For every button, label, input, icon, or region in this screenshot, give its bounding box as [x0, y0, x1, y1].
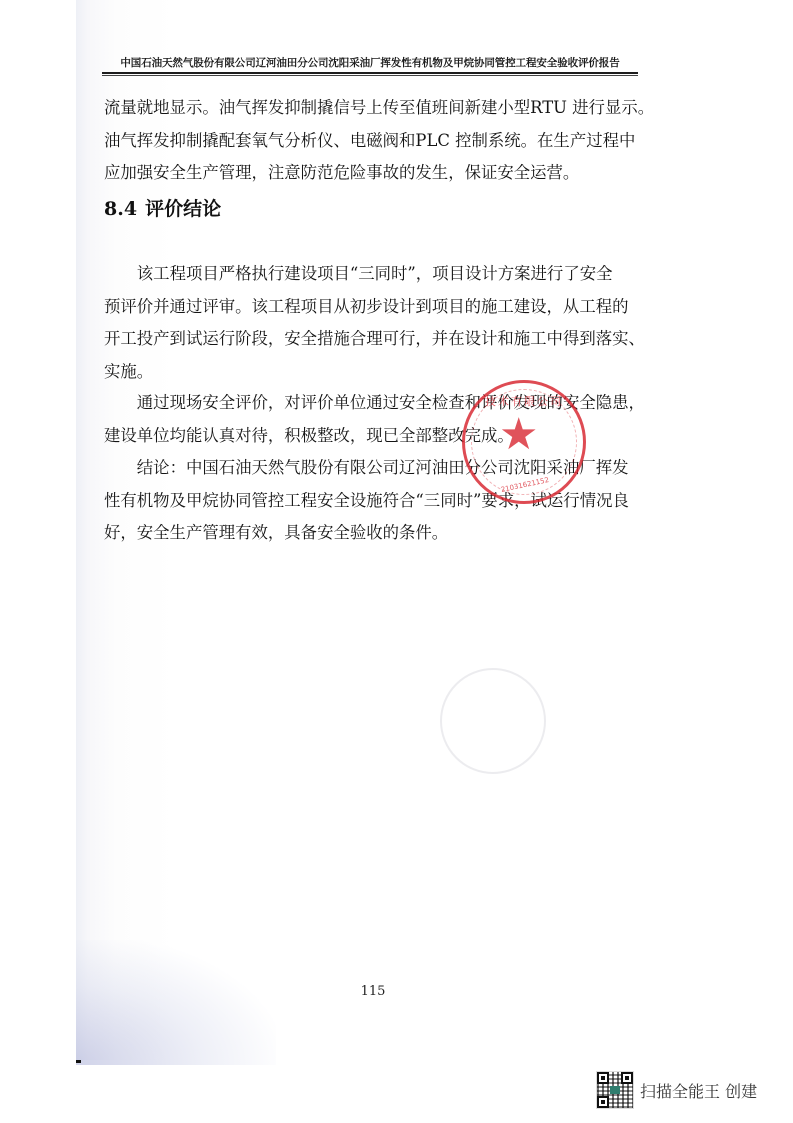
text-line: 油气挥发抑制撬配套氧气分析仪、电磁阀和PLC 控制系统。在生产过程中 — [104, 125, 640, 158]
qr-logo-icon — [610, 1086, 620, 1094]
running-header: 中国石油天然气股份有限公司辽河油田分公司沈阳采油厂挥发性有机物及甲烷协同管控工程… — [100, 55, 640, 70]
text-line: 该工程项目严格执行建设项目“三同时”，项目设计方案进行了安全 — [104, 258, 640, 291]
text-line: 应加强安全生产管理，注意防范危险事故的发生，保证安全运营。 — [104, 157, 640, 190]
paragraph-conclusion: 结论：中国石油天然气股份有限公司辽河油田分公司沈阳采油厂挥发 性有机物及甲烷协同… — [104, 452, 640, 550]
section-title: 评价结论 — [145, 198, 221, 220]
section-heading: 8.4评价结论 — [104, 194, 221, 221]
text-line: 开工投产到试运行阶段，安全措施合理可行，并在设计和施工中得到落实、 — [104, 323, 640, 356]
text-line: 性有机物及甲烷协同管控工程安全设施符合“三同时”要求，试运行情况良 — [104, 485, 640, 518]
header-divider-thick — [102, 72, 638, 74]
header-divider-thin — [102, 75, 638, 76]
text-line: 结论：中国石油天然气股份有限公司辽河油田分公司沈阳采油厂挥发 — [104, 452, 640, 485]
section-number: 8.4 — [104, 198, 137, 220]
qr-finder-icon — [597, 1072, 609, 1084]
continuation-paragraph: 流量就地显示。油气挥发抑制撬信号上传至值班间新建小型RTU 进行显示。 油气挥发… — [104, 92, 640, 190]
qr-finder-icon — [621, 1072, 633, 1084]
scanned-document-canvas: 中国石油天然气股份有限公司辽河油田分公司沈阳采油厂挥发性有机物及甲烷协同管控工程… — [0, 0, 793, 1123]
qr-code-icon — [596, 1071, 634, 1109]
text-line: 流量就地显示。油气挥发抑制撬信号上传至值班间新建小型RTU 进行显示。 — [104, 92, 640, 125]
paragraph-three-simultaneities: 该工程项目严格执行建设项目“三同时”，项目设计方案进行了安全 预评价并通过评审。… — [104, 258, 640, 388]
paragraph-site-evaluation: 通过现场安全评价，对评价单位通过安全检查和评价发现的安全隐患， 建设单位均能认真… — [104, 387, 640, 452]
qr-finder-icon — [597, 1096, 609, 1108]
scan-corner-mark — [76, 1060, 81, 1063]
text-line: 实施。 — [104, 356, 640, 389]
text-line: 通过现场安全评价，对评价单位通过安全检查和评价发现的安全隐患， — [104, 387, 640, 420]
watermark-label: 扫描全能王 创建 — [640, 1079, 757, 1102]
text-line: 好，安全生产管理有效，具备安全验收的条件。 — [104, 517, 640, 550]
text-line: 建设单位均能认真对待，积极整改，现已全部整改完成。 — [104, 420, 640, 453]
page-number: 115 — [358, 984, 388, 999]
text-line: 预评价并通过评审。该工程项目从初步设计到项目的施工建设，从工程的 — [104, 291, 640, 324]
scanner-watermark: 扫描全能王 创建 — [596, 1071, 757, 1109]
